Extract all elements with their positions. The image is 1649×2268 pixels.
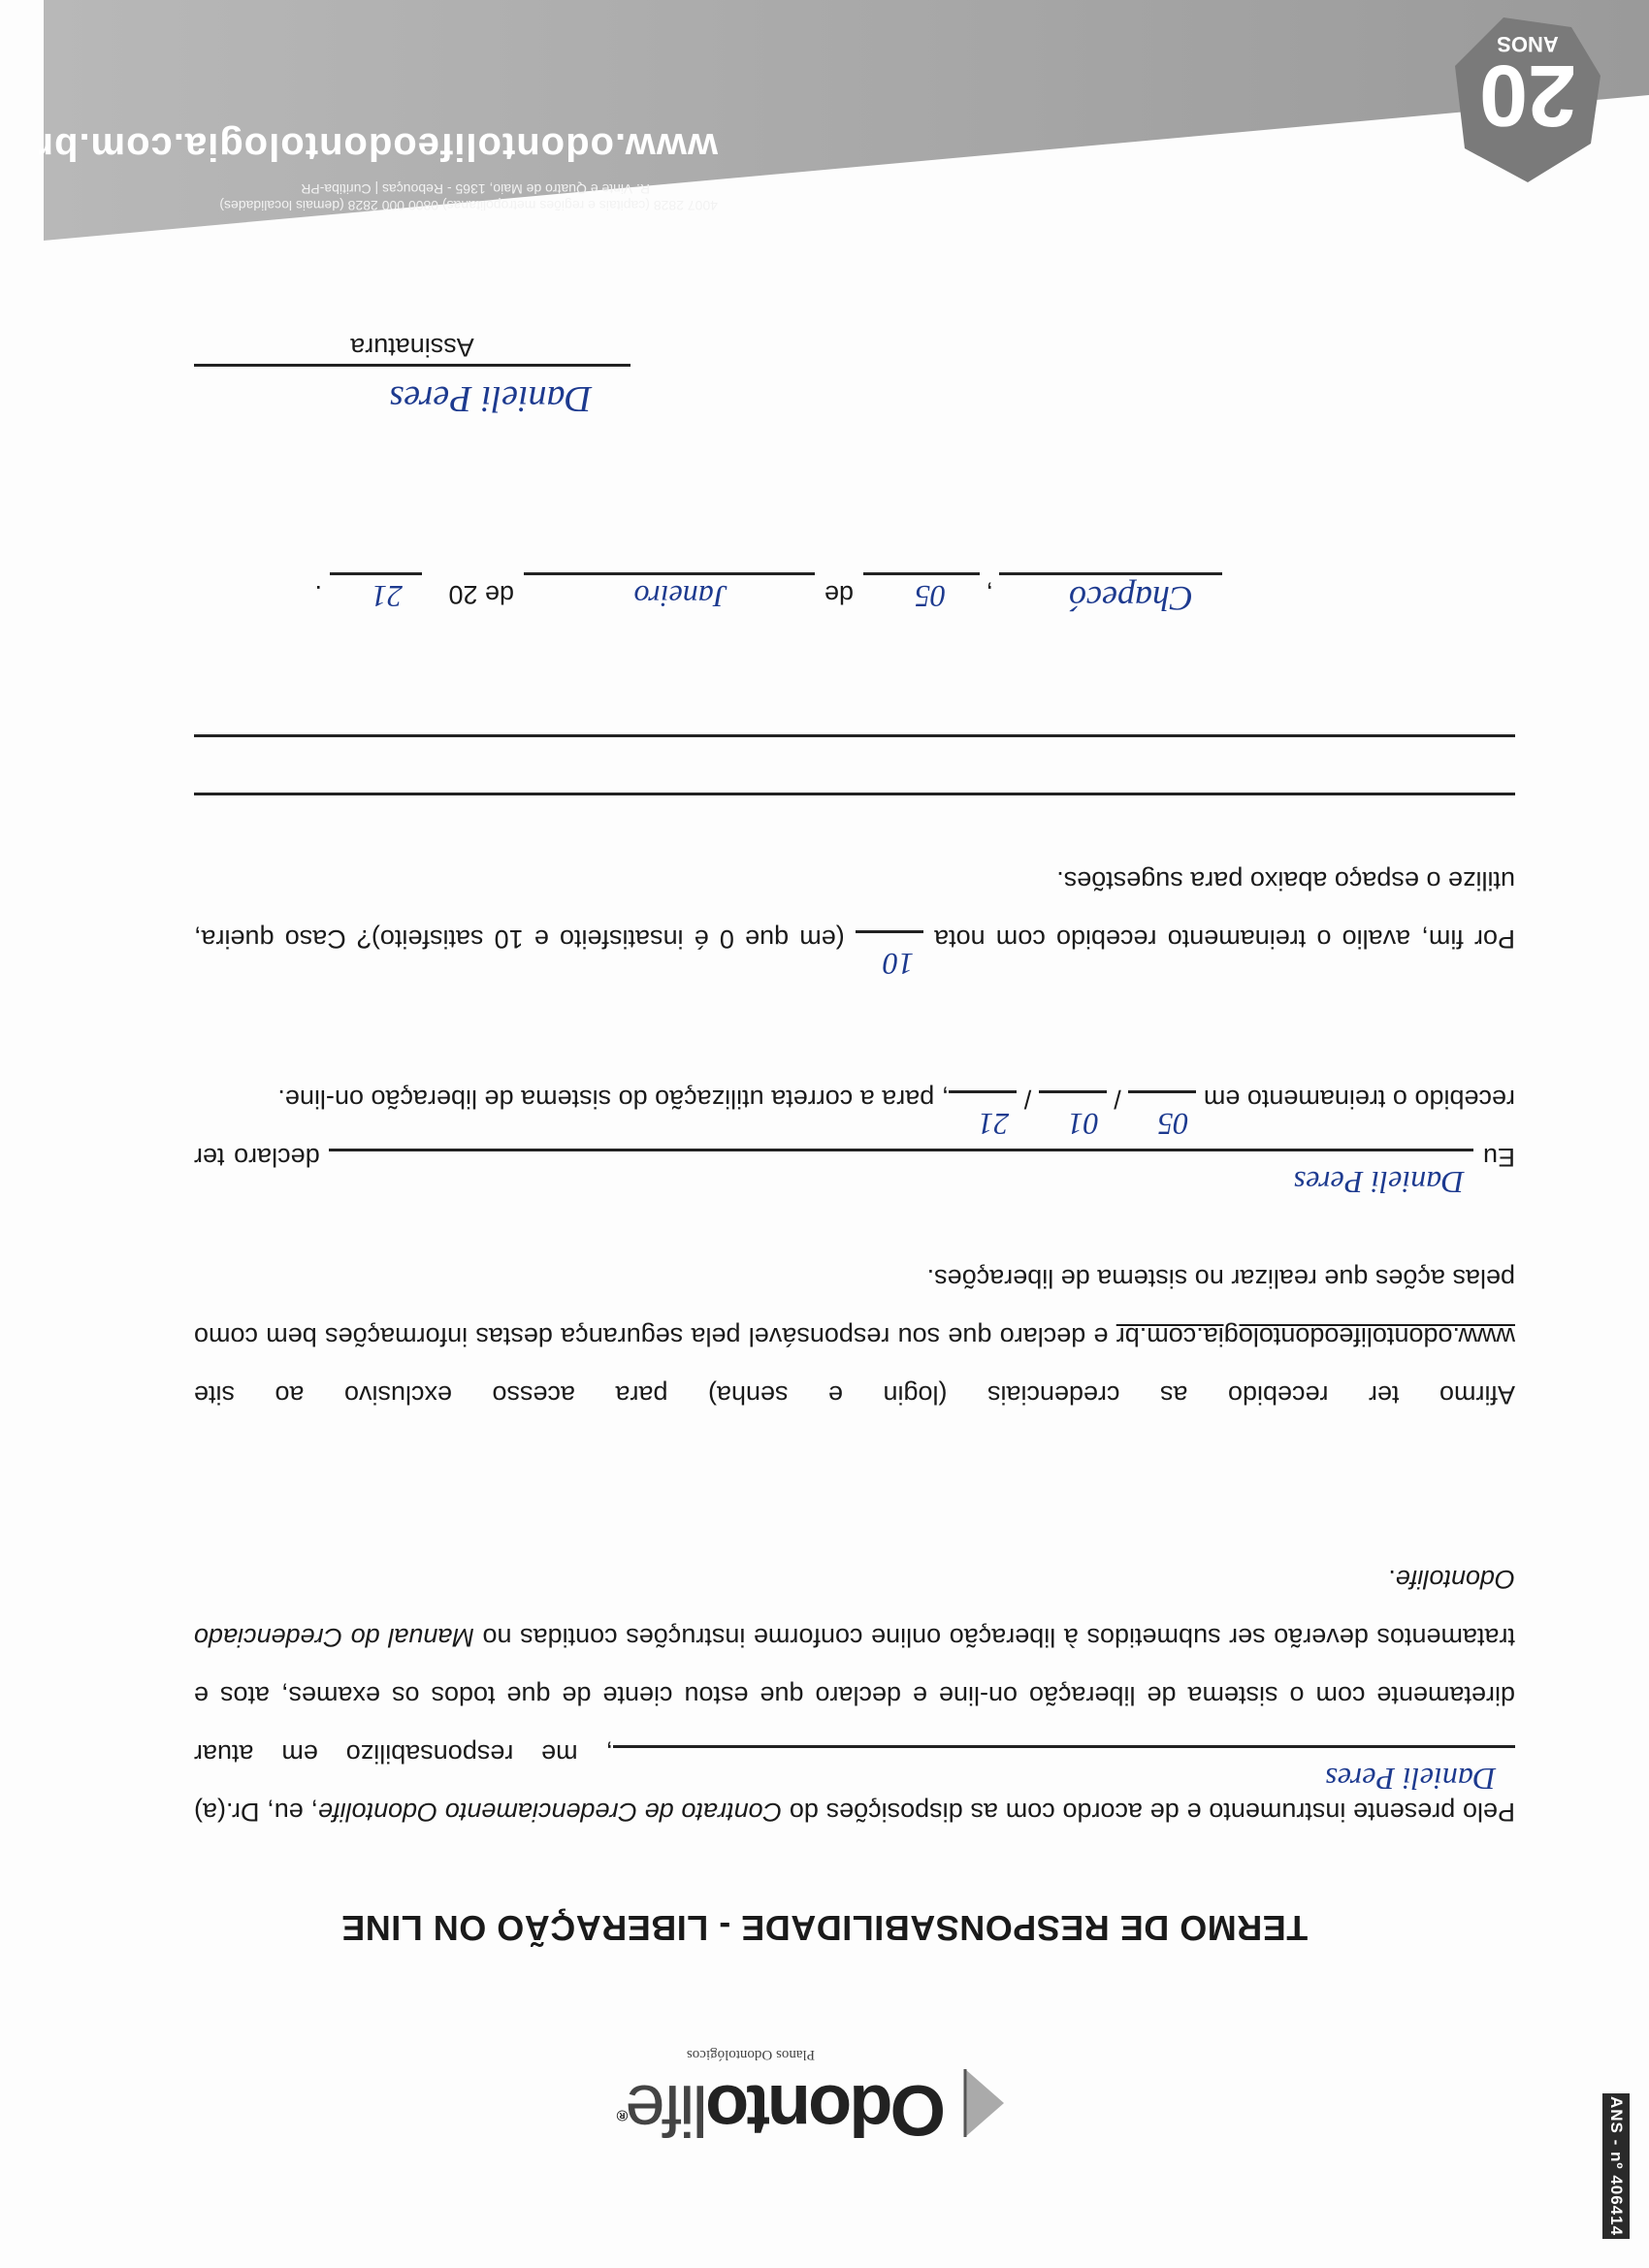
document-title: TERMO DE RESPONSABILIDADE - LIBERAÇÃO ON… xyxy=(0,1907,1649,1948)
footer-website[interactable]: www.odontolifeodontologia.com.br xyxy=(37,124,718,168)
paragraph-rating: Por fim, avalio o treinamento recebido c… xyxy=(194,852,1515,968)
training-year-field[interactable]: 21 xyxy=(949,1090,1017,1120)
svg-text:ANOS: ANOS xyxy=(1497,32,1559,56)
ans-registration-badge: ANS - nº 406414 xyxy=(1602,2093,1630,2239)
suggestion-line-2[interactable] xyxy=(194,734,1515,737)
date-place-line: Chapecó , 05 de Janeiro de 20 21 . xyxy=(0,561,1222,619)
doctor-name-field[interactable]: Danieli Peres xyxy=(613,1745,1515,1775)
odontolife-logo: Odontolife® Planos Odontológicos xyxy=(553,2045,1009,2152)
suggestion-line-1[interactable] xyxy=(194,793,1515,795)
paragraph-credentials: Afirmo ter recebido as credenciais (logi… xyxy=(194,1249,1515,1424)
training-month-field[interactable]: 01 xyxy=(1039,1090,1107,1120)
svg-text:20: 20 xyxy=(1479,47,1576,144)
paragraph-training: Eu Danieli Peres declaro ter recebido o … xyxy=(194,1070,1515,1186)
footer-phone: 4007 2828 (capitais e regiões metropolit… xyxy=(219,198,718,213)
site-link[interactable]: www.odontolifeodontologia.com.br xyxy=(1116,1322,1515,1351)
signature-line[interactable] xyxy=(194,364,630,367)
scanned-document-page: ANS - nº 406414 Odontolife® Planos Odont… xyxy=(0,0,1649,2268)
logo-wordmark: Odontolife® xyxy=(620,2069,946,2152)
year-field[interactable] xyxy=(330,572,422,575)
20-anos-emblem-icon: 20 ANOS xyxy=(1455,17,1600,182)
day-field[interactable] xyxy=(863,572,980,575)
city-field[interactable] xyxy=(999,572,1222,575)
paragraph-contract: Pelo presente instrumento e de acordo co… xyxy=(194,1550,1515,1841)
training-day-field[interactable]: 05 xyxy=(1128,1090,1196,1120)
doctor-name-handwriting: Danieli Peres xyxy=(1325,1750,1496,1808)
signature-label: Assinatura xyxy=(194,332,630,362)
signature-handwriting: Danieli Peres xyxy=(389,377,592,420)
trainee-name-field[interactable]: Danieli Peres xyxy=(329,1149,1473,1179)
logo-tagline: Planos Odontológicos xyxy=(687,2046,815,2062)
training-score-field[interactable]: 10 xyxy=(856,930,923,960)
logo-triangle-icon xyxy=(960,2064,1009,2142)
footer-address: R. Vinte e Quatro de Maio, 1365 - Rebouç… xyxy=(301,181,650,197)
month-field[interactable] xyxy=(524,572,815,575)
